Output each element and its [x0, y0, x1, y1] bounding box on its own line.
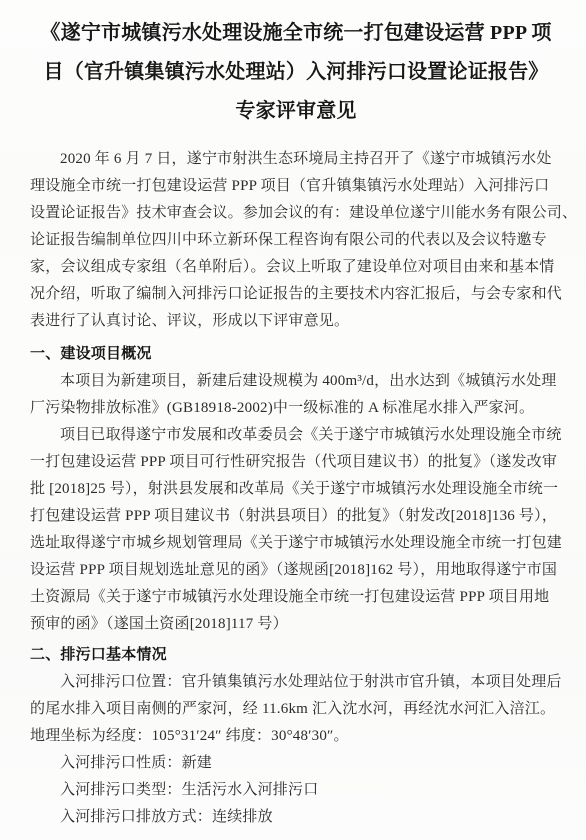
- section1-line: 本项目为新建项目，新建后建设规模为 400m³/d，出水达到《城镇污水处理: [30, 368, 562, 395]
- section1-line: 选址取得遂宁市城乡规划管理局《关于遂宁市城镇污水处理设施全市统一打包建: [30, 530, 562, 557]
- section1-line: 打包建设运营 PPP 项目建议书（射洪县项目）的批复》（射发改[2018]136…: [30, 503, 562, 530]
- section1-heading: 一、建设项目概况: [30, 341, 562, 368]
- section1-line: 土资源局《关于遂宁市城镇污水处理设施全市统一打包建设运营 PPP 项目用地: [30, 584, 562, 611]
- section2-line: 的尾水排入项目南侧的严家河，经 11.6km 汇入沈水河，再经沈水河汇入涪江。: [30, 696, 562, 723]
- intro-line: 设置论证报告》技术审查会议。参加会议的有：建设单位遂宁川能水务有限公司、: [30, 200, 562, 227]
- intro-line: 论证报告编制单位四川中环立新环保工程咨询有限公司的代表以及会议特邀专: [30, 227, 562, 254]
- intro-line: 家，会议组成专家组（名单附后）。会议上听取了建设单位对项目由来和基本情: [30, 254, 562, 281]
- section1-line: 预审的函》（遂国土资函[2018]117 号）: [30, 611, 562, 638]
- outfall-nature-line: 入河排污口性质：新建: [30, 750, 562, 777]
- intro-line: 表进行了认真讨论、评议，形成以下评审意见。: [30, 308, 562, 335]
- intro-line: 况介绍，听取了编制入河排污口论证报告的主要技术内容汇报后，与会专家和代: [30, 281, 562, 308]
- outfall-discharge-line: 入河排污口排放方式：连续排放: [30, 804, 562, 831]
- section1-paragraph-2: 项目已取得遂宁市发展和改革委员会《关于遂宁市城镇污水处理设施全市统 一打包建设运…: [30, 422, 562, 638]
- section2-heading: 二、排污口基本情况: [30, 642, 562, 669]
- intro-paragraph: 2020 年 6 月 7 日，遂宁市射洪生态环境局主持召开了《遂宁市城镇污水处 …: [30, 146, 562, 335]
- intro-line: 理设施全市统一打包建设运营 PPP 项目（官升镇集镇污水处理站）入河排污口: [30, 173, 562, 200]
- intro-line: 2020 年 6 月 7 日，遂宁市射洪生态环境局主持召开了《遂宁市城镇污水处: [30, 146, 562, 173]
- outfall-type-line: 入河排污口类型：生活污水入河排污口: [30, 777, 562, 804]
- section1-line: 设运营 PPP 项目规划选址意见的函》（遂规函[2018]162 号），用地取得…: [30, 557, 562, 584]
- document-body: 2020 年 6 月 7 日，遂宁市射洪生态环境局主持召开了《遂宁市城镇污水处 …: [30, 146, 562, 831]
- section1-line: 厂污染物排放标准》(GB18918-2002)中一级标准的 A 标准尾水排入严家…: [30, 395, 562, 422]
- title-line-3: 专家评审意见: [30, 92, 562, 131]
- section2-location-paragraph: 入河排污口位置：官升镇集镇污水处理站位于射洪市官升镇，本项目处理后 的尾水排入项…: [30, 669, 562, 750]
- section1-line: 批 [2018]25 号），射洪县发展和改革局《关于遂宁市城镇污水处理设施全市统…: [30, 476, 562, 503]
- section1-paragraph-1: 本项目为新建项目，新建后建设规模为 400m³/d，出水达到《城镇污水处理 厂污…: [30, 368, 562, 422]
- document-page: 《遂宁市城镇污水处理设施全市统一打包建设运营 PPP 项 目（官升镇集镇污水处理…: [0, 0, 586, 840]
- title-line-1: 《遂宁市城镇污水处理设施全市统一打包建设运营 PPP 项: [30, 14, 562, 53]
- section2-line: 入河排污口位置：官升镇集镇污水处理站位于射洪市官升镇，本项目处理后: [30, 669, 562, 696]
- document-title: 《遂宁市城镇污水处理设施全市统一打包建设运营 PPP 项 目（官升镇集镇污水处理…: [30, 14, 562, 131]
- section1-line: 项目已取得遂宁市发展和改革委员会《关于遂宁市城镇污水处理设施全市统: [30, 422, 562, 449]
- section1-line: 一打包建设运营 PPP 项目可行性研究报告（代项目建议书）的批复》（遂发改审: [30, 449, 562, 476]
- section2-line: 地理坐标为经度：105°31′24″ 纬度：30°48′30″。: [30, 723, 562, 750]
- title-line-2: 目（官升镇集镇污水处理站）入河排污口设置论证报告》: [30, 53, 562, 92]
